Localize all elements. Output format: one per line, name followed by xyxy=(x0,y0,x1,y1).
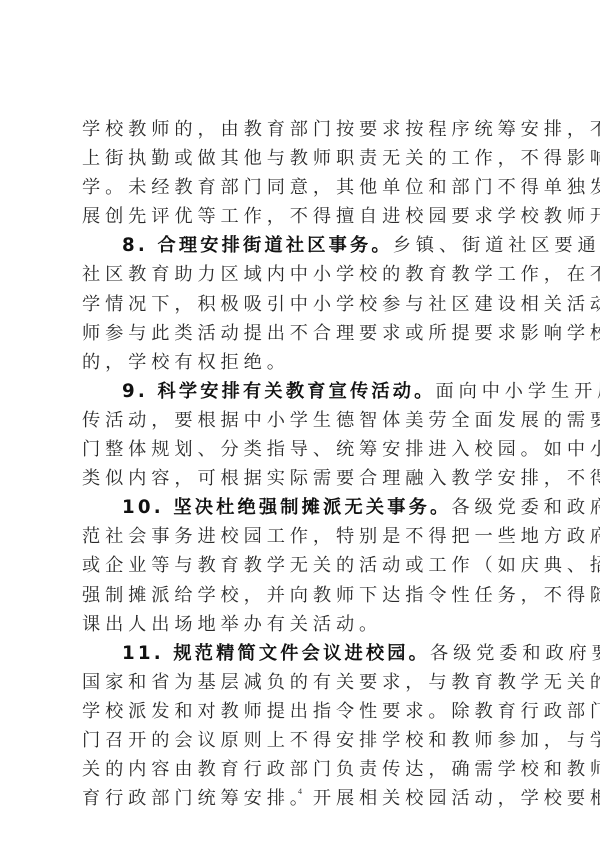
text-line: 社区教育助力区域内中小学校的教育教学工作，在不影响教育教 xyxy=(82,260,525,289)
document-page: 学校教师的，由教育部门按要求按程序统筹安排，不得安排教师 上街执勤或做其他与教师… xyxy=(0,0,600,848)
text-run: 面向中小学生开展的教育宣 xyxy=(436,381,600,402)
text-line: 门召开的会议原则上不得安排学校和教师参加，与学校和教师有 xyxy=(82,726,525,755)
section-heading-9: 9. 科学安排有关教育宣传活动。 xyxy=(122,381,436,402)
paragraph-first-line: 8. 合理安排街道社区事务。乡镇、街道社区要通过积极发展 xyxy=(82,231,525,260)
text-line: 范社会事务进校园工作，特别是不得把一些地方政府部门、单位 xyxy=(82,522,525,551)
document-body: 学校教师的，由教育部门按要求按程序统筹安排，不得安排教师 上街执勤或做其他与教师… xyxy=(82,115,525,813)
text-line: 学校教师的，由教育部门按要求按程序统筹安排，不得安排教师 xyxy=(82,115,525,144)
text-line: 学情况下，积极吸引中小学校参与社区建设相关活动。对学校教 xyxy=(82,290,525,319)
text-line: 的，学校有权拒绝。 xyxy=(82,348,525,377)
section-heading-11: 11. 规范精简文件会议进校园。 xyxy=(122,643,430,664)
paragraph-first-line: 10. 坚决杜绝强制摊派无关事务。各级党委和政府要统筹规 xyxy=(82,493,525,522)
paragraph-first-line: 11. 规范精简文件会议进校园。各级党委和政府要严格按照 xyxy=(82,639,525,668)
text-run: 各级党委和政府要严格按照 xyxy=(430,643,600,664)
text-line: 或企业等与教育教学无关的活动或工作（如庆典、招商、拆迁等） xyxy=(82,551,525,580)
text-run: 乡镇、街道社区要通过积极发展 xyxy=(393,235,600,256)
text-line: 上街执勤或做其他与教师职责无关的工作，不得影响学校教育教 xyxy=(82,144,525,173)
paragraph-first-line: 9. 科学安排有关教育宣传活动。面向中小学生开展的教育宣 xyxy=(82,377,525,406)
section-heading-10: 10. 坚决杜绝强制摊派无关事务。 xyxy=(122,497,451,518)
text-line: 课出人出场地举办有关活动。 xyxy=(82,610,525,639)
text-line: 国家和省为基层减负的有关要求，与教育教学无关的文件不得向 xyxy=(82,668,525,697)
text-line: 强制摊派给学校，并向教师下达指令性任务，不得随意让学校停 xyxy=(82,581,525,610)
text-line: 门整体规划、分类指导、统筹安排进入校园。如中小学课程已有 xyxy=(82,435,525,464)
page-number: 4 xyxy=(0,787,600,796)
text-line: 师参与此类活动提出不合理要求或所提要求影响学校教育教学 xyxy=(82,319,525,348)
text-line: 传活动，要根据中小学生德智体美劳全面发展的需要，由教育部 xyxy=(82,406,525,435)
text-run: 各级党委和政府要统筹规 xyxy=(451,497,600,518)
text-line: 展创先评优等工作，不得擅自进校园要求学校教师开展相关工作。 xyxy=(82,202,525,231)
text-line: 学。未经教育部门同意，其他单位和部门不得单独发文到学校开 xyxy=(82,173,525,202)
text-line: 类似内容，可根据实际需要合理融入教学安排，不得重复安排。 xyxy=(82,464,525,493)
text-line: 学校派发和对教师提出指令性要求。除教育行政部门外，其他部 xyxy=(82,697,525,726)
section-heading-8: 8. 合理安排街道社区事务。 xyxy=(122,235,393,256)
text-line: 关的内容由教育行政部门负责传达，确需学校和教师参加的由教 xyxy=(82,755,525,784)
